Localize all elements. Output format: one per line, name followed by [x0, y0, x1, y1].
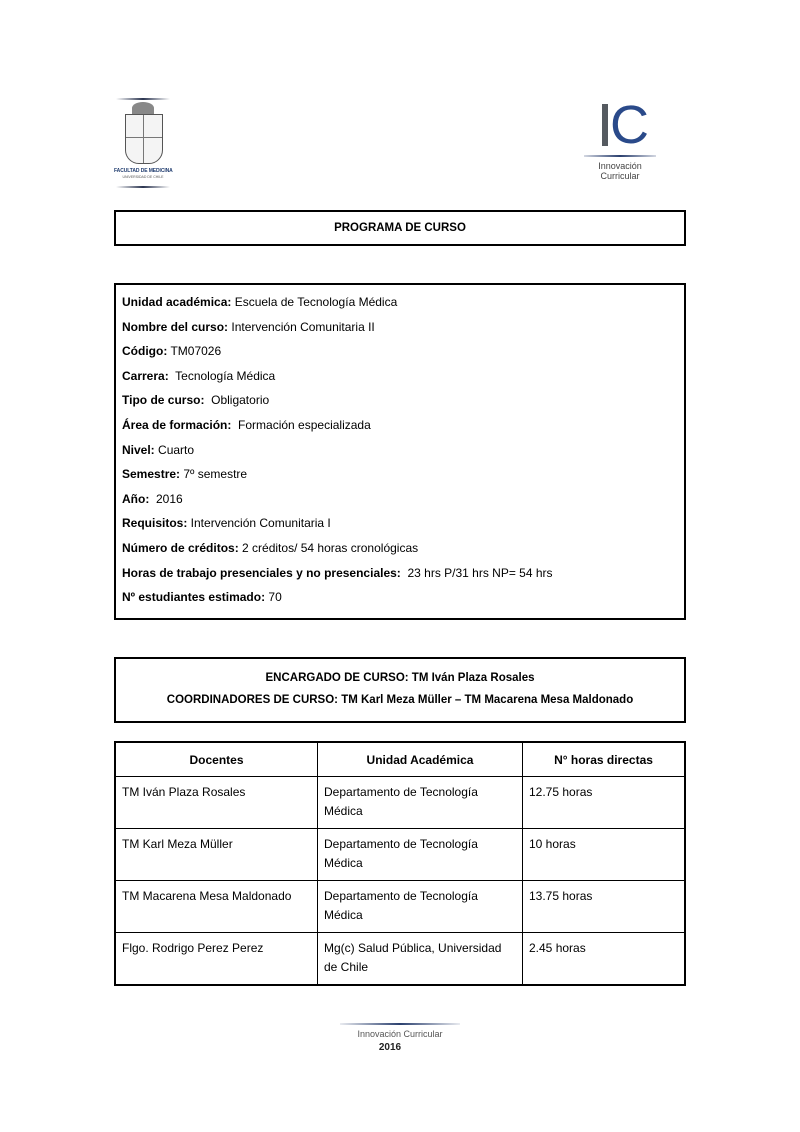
info-line: Código: TM07026	[122, 342, 678, 367]
docente-name: Flgo. Rodrigo Perez Perez	[115, 933, 318, 985]
info-line: Tipo de curso: Obligatorio	[122, 391, 678, 416]
header-horas-directas: N° horas directas	[523, 742, 686, 777]
info-line: Área de formación: Formación especializa…	[122, 416, 678, 441]
logo-rule	[584, 155, 656, 157]
table-row: TM Iván Plaza RosalesDepartamento de Tec…	[115, 777, 685, 829]
header-docentes: Docentes	[115, 742, 318, 777]
unidad-academica: Departamento de Tecnología Médica	[318, 777, 523, 829]
course-manager: ENCARGADO DE CURSO: TM Iván Plaza Rosale…	[116, 667, 684, 689]
info-line: Nombre del curso: Intervención Comunitar…	[122, 318, 678, 343]
course-coordinators: COORDINADORES DE CURSO: TM Karl Meza Mül…	[116, 689, 684, 711]
info-line: Semestre: 7º semestre	[122, 465, 678, 490]
docentes-table: Docentes Unidad Académica N° horas direc…	[114, 741, 686, 986]
unidad-academica: Mg(c) Salud Pública, Universidad de Chil…	[318, 933, 523, 985]
header-unidad-academica: Unidad Académica	[318, 742, 523, 777]
info-line: Nº estudiantes estimado: 70	[122, 588, 678, 613]
info-label: Año:	[122, 492, 149, 506]
info-label: Requisitos:	[122, 516, 187, 530]
info-value: Cuarto	[155, 443, 194, 457]
info-label: Tipo de curso:	[122, 393, 204, 407]
logo-letter-c: C	[610, 98, 649, 152]
info-label: Nº estudiantes estimado:	[122, 590, 265, 604]
docente-name: TM Karl Meza Müller	[115, 829, 318, 881]
info-label: Carrera:	[122, 369, 169, 383]
info-label: Código:	[122, 344, 167, 358]
page-title: PROGRAMA DE CURSO	[114, 210, 686, 246]
logo-university-name: UNIVERSIDAD DE CHILE	[114, 175, 172, 179]
info-label: Semestre:	[122, 467, 180, 481]
logo-letter-i	[602, 104, 608, 146]
table-row: TM Karl Meza MüllerDepartamento de Tecno…	[115, 829, 685, 881]
logo-faculty-name: FACULTAD DE MEDICINA	[114, 168, 172, 174]
docente-name: TM Macarena Mesa Maldonado	[115, 881, 318, 933]
info-value: TM07026	[167, 344, 221, 358]
horas-directas: 12.75 horas	[523, 777, 686, 829]
facultad-medicina-logo: FACULTAD DE MEDICINA UNIVERSIDAD DE CHIL…	[114, 98, 172, 190]
info-line: Número de créditos: 2 créditos/ 54 horas…	[122, 539, 678, 564]
table-row: TM Macarena Mesa MaldonadoDepartamento d…	[115, 881, 685, 933]
footer-rule	[340, 1023, 460, 1025]
info-value: 70	[265, 590, 282, 604]
info-value: Formación especializada	[231, 418, 370, 432]
info-value: Obligatorio	[204, 393, 269, 407]
info-label: Horas de trabajo presenciales y no prese…	[122, 566, 401, 580]
shield-icon	[125, 114, 163, 164]
horas-directas: 2.45 horas	[523, 933, 686, 985]
info-line: Horas de trabajo presenciales y no prese…	[122, 564, 678, 589]
logo-bottom-rule	[116, 186, 170, 188]
footer-logo: Innovación Curricular 2016	[338, 1020, 462, 1060]
docente-name: TM Iván Plaza Rosales	[115, 777, 318, 829]
info-value: Intervención Comunitaria II	[228, 320, 375, 334]
logo-top-rule	[116, 98, 170, 100]
info-line: Unidad académica: Escuela de Tecnología …	[122, 293, 678, 318]
crest-icon	[132, 102, 154, 114]
table-header-row: Docentes Unidad Académica N° horas direc…	[115, 742, 685, 777]
info-line: Requisitos: Intervención Comunitaria I	[122, 514, 678, 539]
info-value: 23 hrs P/31 hrs NP= 54 hrs	[401, 566, 553, 580]
info-value: Escuela de Tecnología Médica	[231, 295, 397, 309]
info-label: Unidad académica:	[122, 295, 231, 309]
innovacion-curricular-logo: C Innovación Curricular	[582, 98, 658, 184]
table-row: Flgo. Rodrigo Perez PerezMg(c) Salud Púb…	[115, 933, 685, 985]
course-staff-box: ENCARGADO DE CURSO: TM Iván Plaza Rosale…	[114, 657, 686, 723]
unidad-academica: Departamento de Tecnología Médica	[318, 829, 523, 881]
footer-text: Innovación Curricular	[338, 1029, 462, 1039]
horas-directas: 10 horas	[523, 829, 686, 881]
logo-text-curricular: Curricular	[582, 171, 658, 181]
info-label: Área de formación:	[122, 418, 231, 432]
unidad-academica: Departamento de Tecnología Médica	[318, 881, 523, 933]
info-label: Número de créditos:	[122, 541, 239, 555]
info-line: Nivel: Cuarto	[122, 441, 678, 466]
info-label: Nivel:	[122, 443, 155, 457]
logo-text-innovacion: Innovación	[582, 161, 658, 171]
info-value: 7º semestre	[180, 467, 247, 481]
info-line: Año: 2016	[122, 490, 678, 515]
horas-directas: 13.75 horas	[523, 881, 686, 933]
info-value: 2 créditos/ 54 horas cronológicas	[239, 541, 418, 555]
info-label: Nombre del curso:	[122, 320, 228, 334]
footer-year: 2016	[338, 1042, 442, 1053]
info-line: Carrera: Tecnología Médica	[122, 367, 678, 392]
course-info-box: Unidad académica: Escuela de Tecnología …	[114, 283, 686, 620]
info-value: Tecnología Médica	[169, 369, 276, 383]
info-value: Intervención Comunitaria I	[187, 516, 330, 530]
info-value: 2016	[149, 492, 182, 506]
